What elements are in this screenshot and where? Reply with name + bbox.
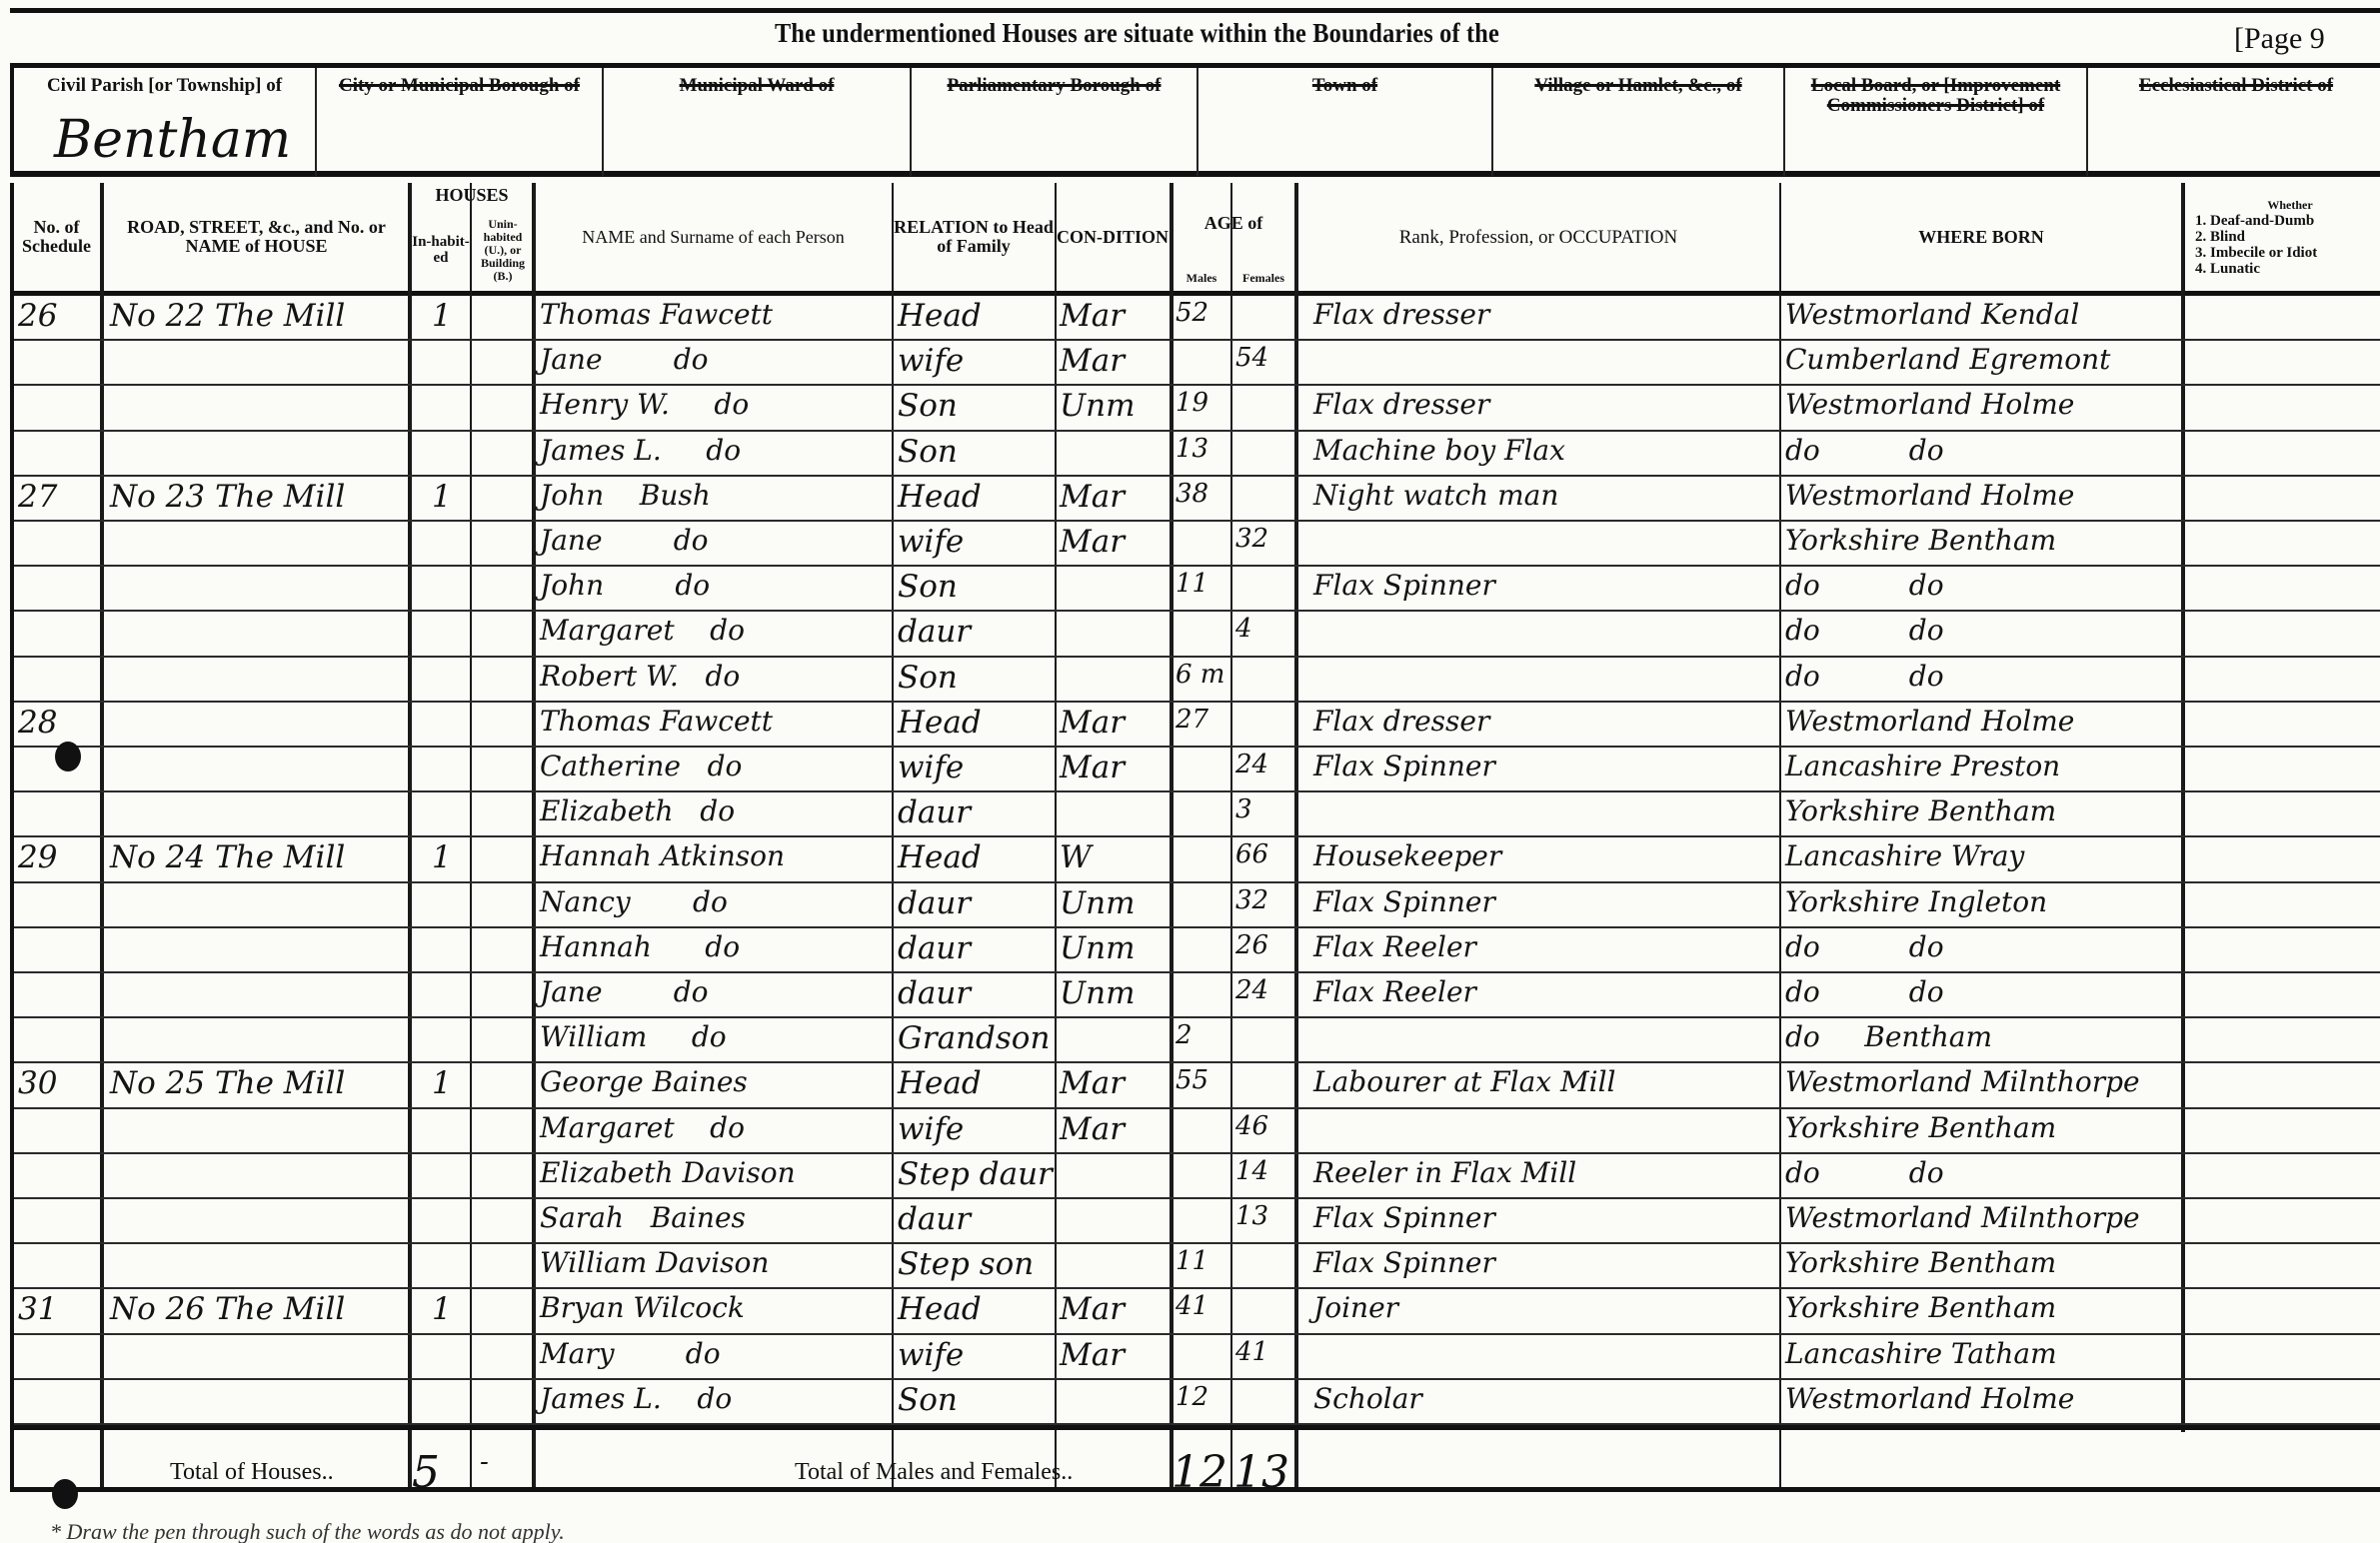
cell-condition: Mar — [1060, 1291, 1125, 1327]
cell-relation: wife — [898, 343, 964, 379]
cell-relation: Son — [898, 569, 958, 605]
cell-where-born: Westmorland Milnthorpe — [1785, 1065, 2140, 1098]
cell-name: Margaret do — [540, 1111, 745, 1144]
cell-male-age: 12 — [1176, 1382, 1208, 1412]
cell-where-born: do do — [1785, 434, 1944, 467]
cell-where-born: do do — [1785, 660, 1944, 693]
cell-schedule: 31 — [18, 1291, 57, 1327]
cell-relation: Step daur — [898, 1156, 1053, 1192]
boundary-cell: Parliamentary Borough of — [912, 68, 1198, 176]
cell-name: Henry W. do — [540, 388, 749, 421]
boundary-cell: Ecclesiastical District of — [2088, 68, 2380, 176]
cell-condition: Unm — [1060, 930, 1136, 966]
cell-schedule: 29 — [18, 839, 57, 875]
cell-male-age: 41 — [1176, 1291, 1208, 1321]
cell-relation: wife — [898, 524, 964, 560]
cell-female-age: 46 — [1235, 1111, 1268, 1141]
cell-where-born: Yorkshire Bentham — [1785, 1111, 2056, 1144]
row-rule — [14, 701, 2380, 703]
cell-name: Robert W. do — [540, 660, 740, 693]
total-uninhabited-value: - — [480, 1447, 489, 1477]
census-table: No. of Schedule ROAD, STREET, &c., and N… — [10, 183, 2380, 1492]
cell-name: Sarah Baines — [540, 1201, 746, 1234]
total-houses-value: 5 — [412, 1447, 440, 1498]
cell-male-age: 55 — [1176, 1065, 1208, 1095]
cell-relation: Son — [898, 660, 958, 696]
cell-name: Elizabeth do — [540, 794, 735, 827]
cell-occupation: Joiner — [1313, 1291, 1398, 1324]
cell-where-born: Lancashire Preston — [1785, 750, 2060, 782]
total-houses-label: Total of Houses.. — [170, 1459, 334, 1486]
header-uninhabited: Unin-habited (U.), or Building (B.) — [474, 209, 532, 291]
cell-relation: Grandson — [898, 1020, 1050, 1056]
boundary-label: Municipal Ward of — [604, 76, 910, 96]
cell-name: Bryan Wilcock — [540, 1291, 745, 1324]
row-rule — [14, 1061, 2380, 1063]
cell-where-born: Westmorland Kendal — [1785, 298, 2079, 331]
cell-occupation: Flax Spinner — [1313, 1201, 1495, 1234]
cell-name: James L. do — [540, 434, 741, 467]
cell-where-born: Cumberland Egremont — [1785, 343, 2110, 376]
census-page: The undermentioned Houses are situate wi… — [0, 0, 2380, 1543]
cell-occupation: Flax dresser — [1313, 388, 1489, 421]
row-rule — [14, 1152, 2380, 1154]
cell-condition: Unm — [1060, 885, 1136, 921]
boundary-cell: Local Board, or [Improvement Commissione… — [1785, 68, 2088, 176]
header-inhabited: In-habit-ed — [412, 209, 470, 291]
header-occupation: Rank, Profession, or OCCUPATION — [1298, 183, 1778, 291]
cell-male-age: 13 — [1176, 434, 1208, 464]
cell-name: Jane do — [540, 343, 709, 376]
boundary-label: City or Municipal Borough of — [317, 76, 602, 96]
cell-condition: W — [1060, 839, 1092, 875]
cell-male-age: 52 — [1176, 298, 1208, 328]
cell-name: Mary do — [540, 1337, 721, 1370]
header-schedule: No. of Schedule — [14, 183, 99, 291]
boundary-label: Village or Hamlet, &c., of — [1493, 76, 1783, 96]
row-rule — [14, 835, 2380, 837]
cell-male-age: 11 — [1176, 1246, 1208, 1276]
cell-inhabited: 1 — [432, 1291, 452, 1327]
cell-occupation: Flax Reeler — [1313, 975, 1476, 1008]
cell-address: No 26 The Mill — [110, 1291, 345, 1327]
boundary-label: Civil Parish [or Township] of — [14, 76, 315, 96]
row-rule — [14, 565, 2380, 567]
boundary-label: Parliamentary Borough of — [912, 76, 1196, 96]
cell-relation: daur — [898, 1201, 971, 1237]
infirmity-title: Whether — [2267, 197, 2312, 213]
boundary-label: Local Board, or [Improvement Commissione… — [1785, 76, 2086, 116]
cell-occupation: Reeler in Flax Mill — [1313, 1156, 1576, 1189]
cell-name: John Bush — [540, 479, 711, 512]
cell-name: Catherine do — [540, 750, 742, 782]
page-heading: The undermentioned Houses are situate wi… — [775, 18, 1499, 49]
cell-male-age: 11 — [1176, 569, 1208, 599]
cell-female-age: 4 — [1235, 614, 1252, 644]
cell-relation: daur — [898, 794, 971, 830]
cell-where-born: Lancashire Wray — [1785, 839, 2024, 872]
row-rule — [14, 475, 2380, 477]
cell-female-age: 32 — [1235, 885, 1268, 915]
row-rule — [14, 610, 2380, 612]
infirmity-4: 4. Lunatic — [2195, 261, 2260, 277]
row-rule — [14, 656, 2380, 658]
cell-female-age: 26 — [1235, 930, 1268, 960]
cell-where-born: Yorkshire Bentham — [1785, 524, 2056, 557]
cell-where-born: Westmorland Holme — [1785, 479, 2074, 512]
cell-female-age: 3 — [1235, 794, 1252, 824]
cell-occupation: Flax Spinner — [1313, 885, 1495, 918]
header-infirmity: Whether 1. Deaf-and-Dumb 2. Blind 3. Imb… — [2185, 183, 2380, 291]
cell-where-born: Westmorland Milnthorpe — [1785, 1201, 2140, 1234]
cell-condition: Mar — [1060, 750, 1125, 785]
cell-name: Jane do — [540, 975, 709, 1008]
header-age: AGE of — [1174, 183, 1293, 263]
cell-name: William do — [540, 1020, 727, 1053]
cell-relation: Head — [898, 705, 982, 741]
cell-relation: daur — [898, 885, 971, 921]
cell-where-born: do do — [1785, 930, 1944, 963]
cell-female-age: 66 — [1235, 839, 1268, 869]
boundaries-row: Civil Parish [or Township] ofBenthamCity… — [10, 63, 2380, 177]
cell-relation: Head — [898, 1065, 982, 1101]
cell-occupation: Night watch man — [1313, 479, 1558, 512]
cell-schedule: 28 — [18, 705, 57, 741]
cell-female-age: 24 — [1235, 750, 1268, 779]
row-rule — [14, 430, 2380, 432]
cell-occupation: Flax dresser — [1313, 298, 1489, 331]
cell-female-age: 24 — [1235, 975, 1268, 1005]
cell-address: No 22 The Mill — [110, 298, 345, 334]
row-rule — [14, 926, 2380, 928]
cell-male-age: 6 m — [1176, 660, 1224, 690]
cell-female-age: 14 — [1235, 1156, 1268, 1186]
cell-condition: Mar — [1060, 343, 1125, 379]
cell-name: Thomas Fawcett — [540, 298, 773, 331]
cell-name: Thomas Fawcett — [540, 705, 773, 738]
cell-relation: Son — [898, 434, 958, 470]
cell-occupation: Flax dresser — [1313, 705, 1489, 738]
total-females-value: 13 — [1233, 1447, 1289, 1498]
header-females: Females — [1233, 265, 1293, 291]
cell-occupation: Labourer at Flax Mill — [1313, 1065, 1616, 1098]
cell-relation: wife — [898, 1111, 964, 1147]
total-persons-label: Total of Males and Females.. — [795, 1459, 1073, 1486]
cell-inhabited: 1 — [432, 479, 452, 515]
cell-address: No 23 The Mill — [110, 479, 345, 515]
cell-where-born: do do — [1785, 975, 1944, 1008]
row-rule — [14, 1333, 2380, 1335]
boundary-cell: Village or Hamlet, &c., of — [1493, 68, 1785, 176]
cell-relation: Head — [898, 1291, 982, 1327]
footnote: * Draw the pen through such of the words… — [50, 1519, 565, 1543]
cell-condition: Mar — [1060, 524, 1125, 560]
cell-condition: Mar — [1060, 479, 1125, 515]
cell-name: Margaret do — [540, 614, 745, 647]
cell-name: James L. do — [540, 1382, 732, 1415]
boundary-cell: City or Municipal Borough of — [317, 68, 604, 176]
row-rule — [14, 746, 2380, 748]
cell-occupation: Flax Reeler — [1313, 930, 1476, 963]
cell-occupation: Scholar — [1313, 1382, 1422, 1415]
cell-relation: Head — [898, 839, 982, 875]
page-number: [Page 9 — [2234, 22, 2325, 56]
boundary-cell: Municipal Ward of — [604, 68, 912, 176]
row-rule — [14, 1287, 2380, 1289]
header-road: ROAD, STREET, &c., and No. or NAME of HO… — [104, 183, 409, 291]
row-rule — [14, 1107, 2380, 1109]
cell-where-born: Yorkshire Bentham — [1785, 1291, 2056, 1324]
cell-schedule: 27 — [18, 479, 57, 515]
cell-name: Elizabeth Davison — [540, 1156, 796, 1189]
cell-occupation: Flax Spinner — [1313, 569, 1495, 602]
column-divider — [2181, 183, 2185, 1432]
cell-name: Hannah Atkinson — [540, 839, 785, 872]
cell-male-age: 38 — [1176, 479, 1208, 509]
cell-female-age: 54 — [1235, 343, 1268, 373]
cell-relation: Son — [898, 1382, 958, 1418]
cell-condition: Mar — [1060, 298, 1125, 334]
row-rule — [14, 971, 2380, 973]
cell-where-born: Westmorland Holme — [1785, 705, 2074, 738]
cell-where-born: do Bentham — [1785, 1020, 1992, 1053]
infirmity-2: 2. Blind — [2195, 229, 2245, 245]
row-rule — [14, 881, 2380, 883]
cell-male-age: 19 — [1176, 388, 1208, 418]
cell-relation: Head — [898, 479, 982, 515]
cell-occupation: Flax Spinner — [1313, 1246, 1495, 1279]
cell-condition: Unm — [1060, 388, 1136, 424]
boundary-value: Bentham — [54, 110, 291, 170]
cell-schedule: 30 — [18, 1065, 57, 1101]
cell-relation: wife — [898, 1337, 964, 1373]
cell-inhabited: 1 — [432, 298, 452, 334]
cell-schedule: 26 — [18, 298, 57, 334]
row-rule — [14, 1242, 2380, 1244]
header-relation: RELATION to Head of Family — [894, 183, 1054, 291]
row-rule — [14, 1378, 2380, 1380]
cell-name: Jane do — [540, 524, 709, 557]
cell-address: No 24 The Mill — [110, 839, 345, 875]
cell-condition: Mar — [1060, 705, 1125, 741]
cell-female-age: 13 — [1235, 1201, 1268, 1231]
cell-where-born: Westmorland Holme — [1785, 388, 2074, 421]
infirmity-3: 3. Imbecile or Idiot — [2195, 245, 2317, 261]
row-rule — [14, 1016, 2380, 1018]
cell-condition: Unm — [1060, 975, 1136, 1011]
boundary-cell: Town of — [1198, 68, 1493, 176]
cell-male-age: 2 — [1176, 1020, 1192, 1050]
totals-rule — [14, 1425, 2380, 1430]
cell-female-age: 41 — [1235, 1337, 1268, 1367]
ink-blot — [52, 1479, 78, 1509]
cell-occupation: Machine boy Flax — [1313, 434, 1565, 467]
boundary-label: Town of — [1198, 76, 1491, 96]
cell-where-born: Westmorland Holme — [1785, 1382, 2074, 1415]
row-rule — [14, 520, 2380, 522]
cell-where-born: Yorkshire Bentham — [1785, 1246, 2056, 1279]
cell-relation: daur — [898, 614, 971, 650]
cell-relation: daur — [898, 930, 971, 966]
cell-male-age: 27 — [1176, 705, 1208, 735]
cell-condition: Mar — [1060, 1065, 1125, 1101]
ink-blot — [55, 742, 81, 771]
cell-where-born: Yorkshire Ingleton — [1785, 885, 2047, 918]
cell-where-born: Yorkshire Bentham — [1785, 794, 2056, 827]
cell-where-born: do do — [1785, 614, 1944, 647]
header-houses: HOUSES — [412, 183, 532, 207]
cell-name: Nancy do — [540, 885, 728, 918]
cell-name: John do — [540, 569, 710, 602]
cell-relation: Son — [898, 388, 958, 424]
total-males-value: 12 — [1172, 1447, 1227, 1498]
cell-inhabited: 1 — [432, 1065, 452, 1101]
cell-relation: wife — [898, 750, 964, 785]
cell-where-born: Lancashire Tatham — [1785, 1337, 2057, 1370]
cell-female-age: 32 — [1235, 524, 1268, 554]
cell-relation: daur — [898, 975, 971, 1011]
cell-inhabited: 1 — [432, 839, 452, 875]
cell-name: Hannah do — [540, 930, 740, 963]
boundary-cell: Civil Parish [or Township] ofBentham — [14, 68, 317, 176]
header-males: Males — [1174, 265, 1229, 291]
cell-relation: Step son — [898, 1246, 1034, 1282]
row-rule — [14, 1197, 2380, 1199]
row-rule — [14, 384, 2380, 386]
header-condition: CON-DITION — [1057, 183, 1169, 291]
cell-occupation: Housekeeper — [1313, 839, 1501, 872]
cell-address: No 25 The Mill — [110, 1065, 345, 1101]
cell-name: George Baines — [540, 1065, 748, 1098]
header-rule — [14, 291, 2380, 296]
header-where-born: WHERE BORN — [1781, 183, 2181, 291]
cell-where-born: do do — [1785, 1156, 1944, 1189]
cell-where-born: do do — [1785, 569, 1944, 602]
row-rule — [14, 339, 2380, 341]
cell-name: William Davison — [540, 1246, 769, 1279]
cell-condition: Mar — [1060, 1111, 1125, 1147]
row-rule — [14, 790, 2380, 792]
cell-occupation: Flax Spinner — [1313, 750, 1495, 782]
boundary-label: Ecclesiastical District of — [2088, 76, 2380, 96]
cell-condition: Mar — [1060, 1337, 1125, 1373]
infirmity-1: 1. Deaf-and-Dumb — [2195, 213, 2314, 229]
cell-relation: Head — [898, 298, 982, 334]
header-name: NAME and Surname of each Person — [536, 183, 891, 291]
